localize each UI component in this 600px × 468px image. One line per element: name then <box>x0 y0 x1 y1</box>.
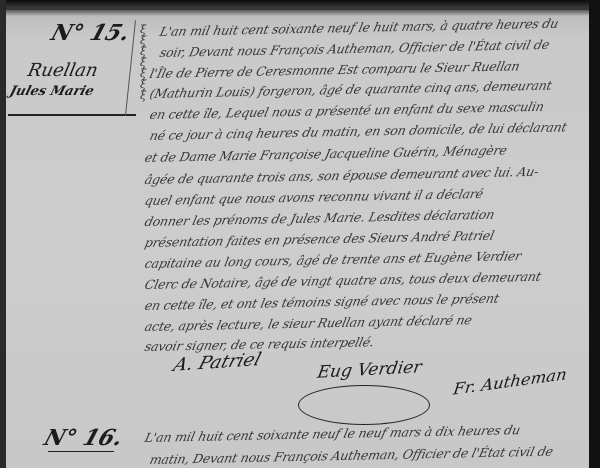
entry-number: N° 16. <box>41 425 126 451</box>
margin-rule <box>8 114 136 116</box>
scan-left-edge <box>0 0 6 468</box>
margin-surname: Ruellan <box>26 60 100 81</box>
margin-given-names: Jules Marie <box>8 84 96 99</box>
brace-mark: ξξξξξξξ <box>140 24 146 101</box>
scan-right-edge <box>589 0 600 468</box>
number-underline <box>48 451 114 452</box>
scan-top-shadow <box>0 0 600 16</box>
signature-flourish <box>298 385 430 425</box>
entry-number: N° 15. <box>48 20 133 46</box>
